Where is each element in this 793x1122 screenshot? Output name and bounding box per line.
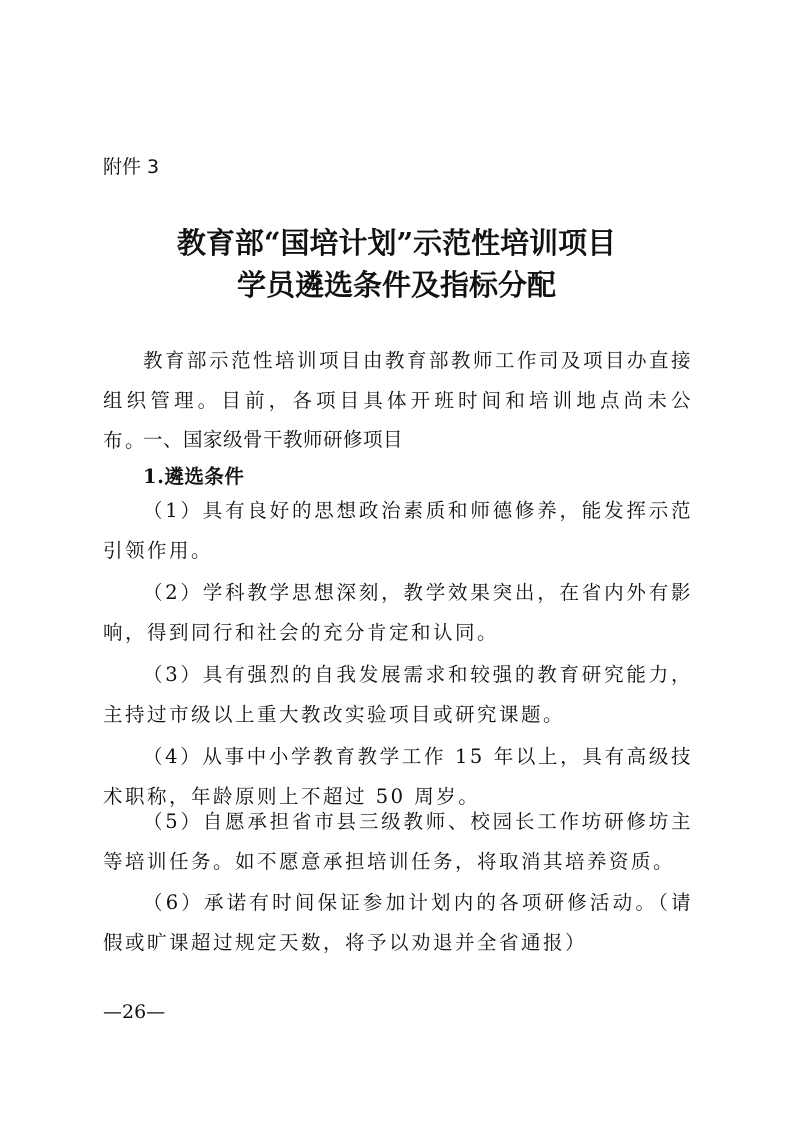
- page-number: —26—: [103, 1001, 165, 1023]
- document-title: 教育部“国培计划”示范性培训项目 学员遴选条件及指标分配: [0, 222, 793, 306]
- title-line-2: 学员遴选条件及指标分配: [0, 264, 793, 306]
- section-heading: 一、国家级骨干教师研修项目: [143, 424, 403, 452]
- section-subheading: 1.遴选条件: [143, 461, 244, 489]
- criterion-2: （2）学科教学思想深刻，教学效果突出，在省内外有影响，得到同行和社会的充分肯定和…: [103, 573, 693, 653]
- criterion-5: （5）自愿承担省市县三级教师、校园长工作坊研修坊主等培训任务。如不愿意承担培训任…: [103, 802, 693, 882]
- attachment-label: 附件 3: [103, 152, 159, 179]
- criterion-3: （3）具有强烈的自我发展需求和较强的教育研究能力，主持过市级以上重大教改实验项目…: [103, 655, 693, 735]
- criterion-1: （1）具有良好的思想政治素质和师德修养，能发挥示范引领作用。: [103, 491, 693, 571]
- criterion-6: （6）承诺有时间保证参加计划内的各项研修活动。（请假或旷课超过规定天数，将予以劝…: [103, 883, 693, 963]
- title-line-1: 教育部“国培计划”示范性培训项目: [0, 222, 793, 264]
